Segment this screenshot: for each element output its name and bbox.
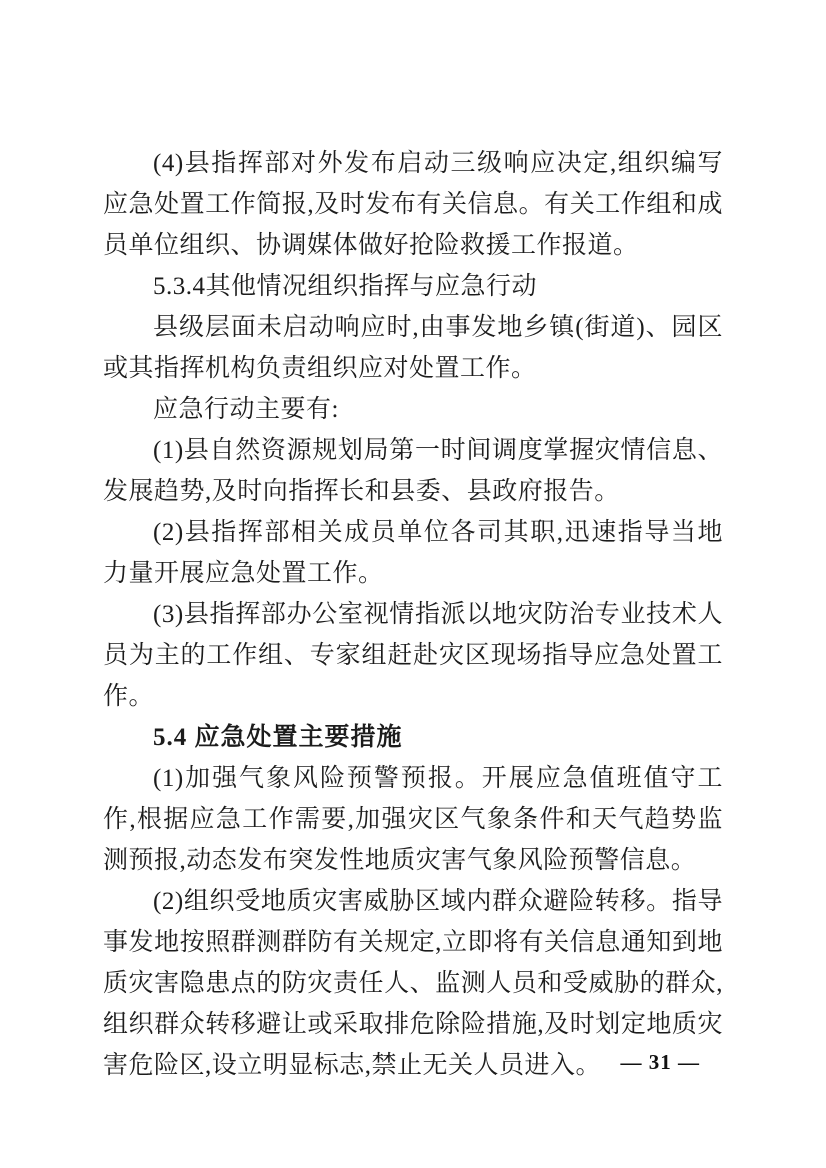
paragraph: (2)县指挥部相关成员单位各司其职,迅速指导当地力量开展应急处置工作。: [103, 512, 723, 594]
paragraph: 应急行动主要有:: [103, 389, 723, 430]
paragraph: (4)县指挥部对外发布启动三级响应决定,组织编写应急处置工作简报,及时发布有关信…: [103, 143, 723, 266]
section-heading-5-4: 5.4 应急处置主要措施: [103, 717, 723, 758]
document-page: (4)县指挥部对外发布启动三级响应决定,组织编写应急处置工作简报,及时发布有关信…: [0, 0, 826, 1168]
page-number: — 31 —: [621, 1050, 701, 1075]
paragraph: (1)县自然资源规划局第一时间调度掌握灾情信息、发展趋势,及时向指挥长和县委、县…: [103, 430, 723, 512]
paragraph: 县级层面未启动响应时,由事发地乡镇(街道)、园区或其指挥机构负责组织应对处置工作…: [103, 307, 723, 389]
text-block: (4)县指挥部对外发布启动三级响应决定,组织编写应急处置工作简报,及时发布有关信…: [103, 143, 723, 1086]
paragraph: (3)县指挥部办公室视情指派以地灾防治专业技术人员为主的工作组、专家组赶赴灾区现…: [103, 594, 723, 717]
paragraph: (1)加强气象风险预警预报。开展应急值班值守工作,根据应急工作需要,加强灾区气象…: [103, 758, 723, 881]
section-heading-5-3-4: 5.3.4其他情况组织指挥与应急行动: [103, 266, 723, 307]
